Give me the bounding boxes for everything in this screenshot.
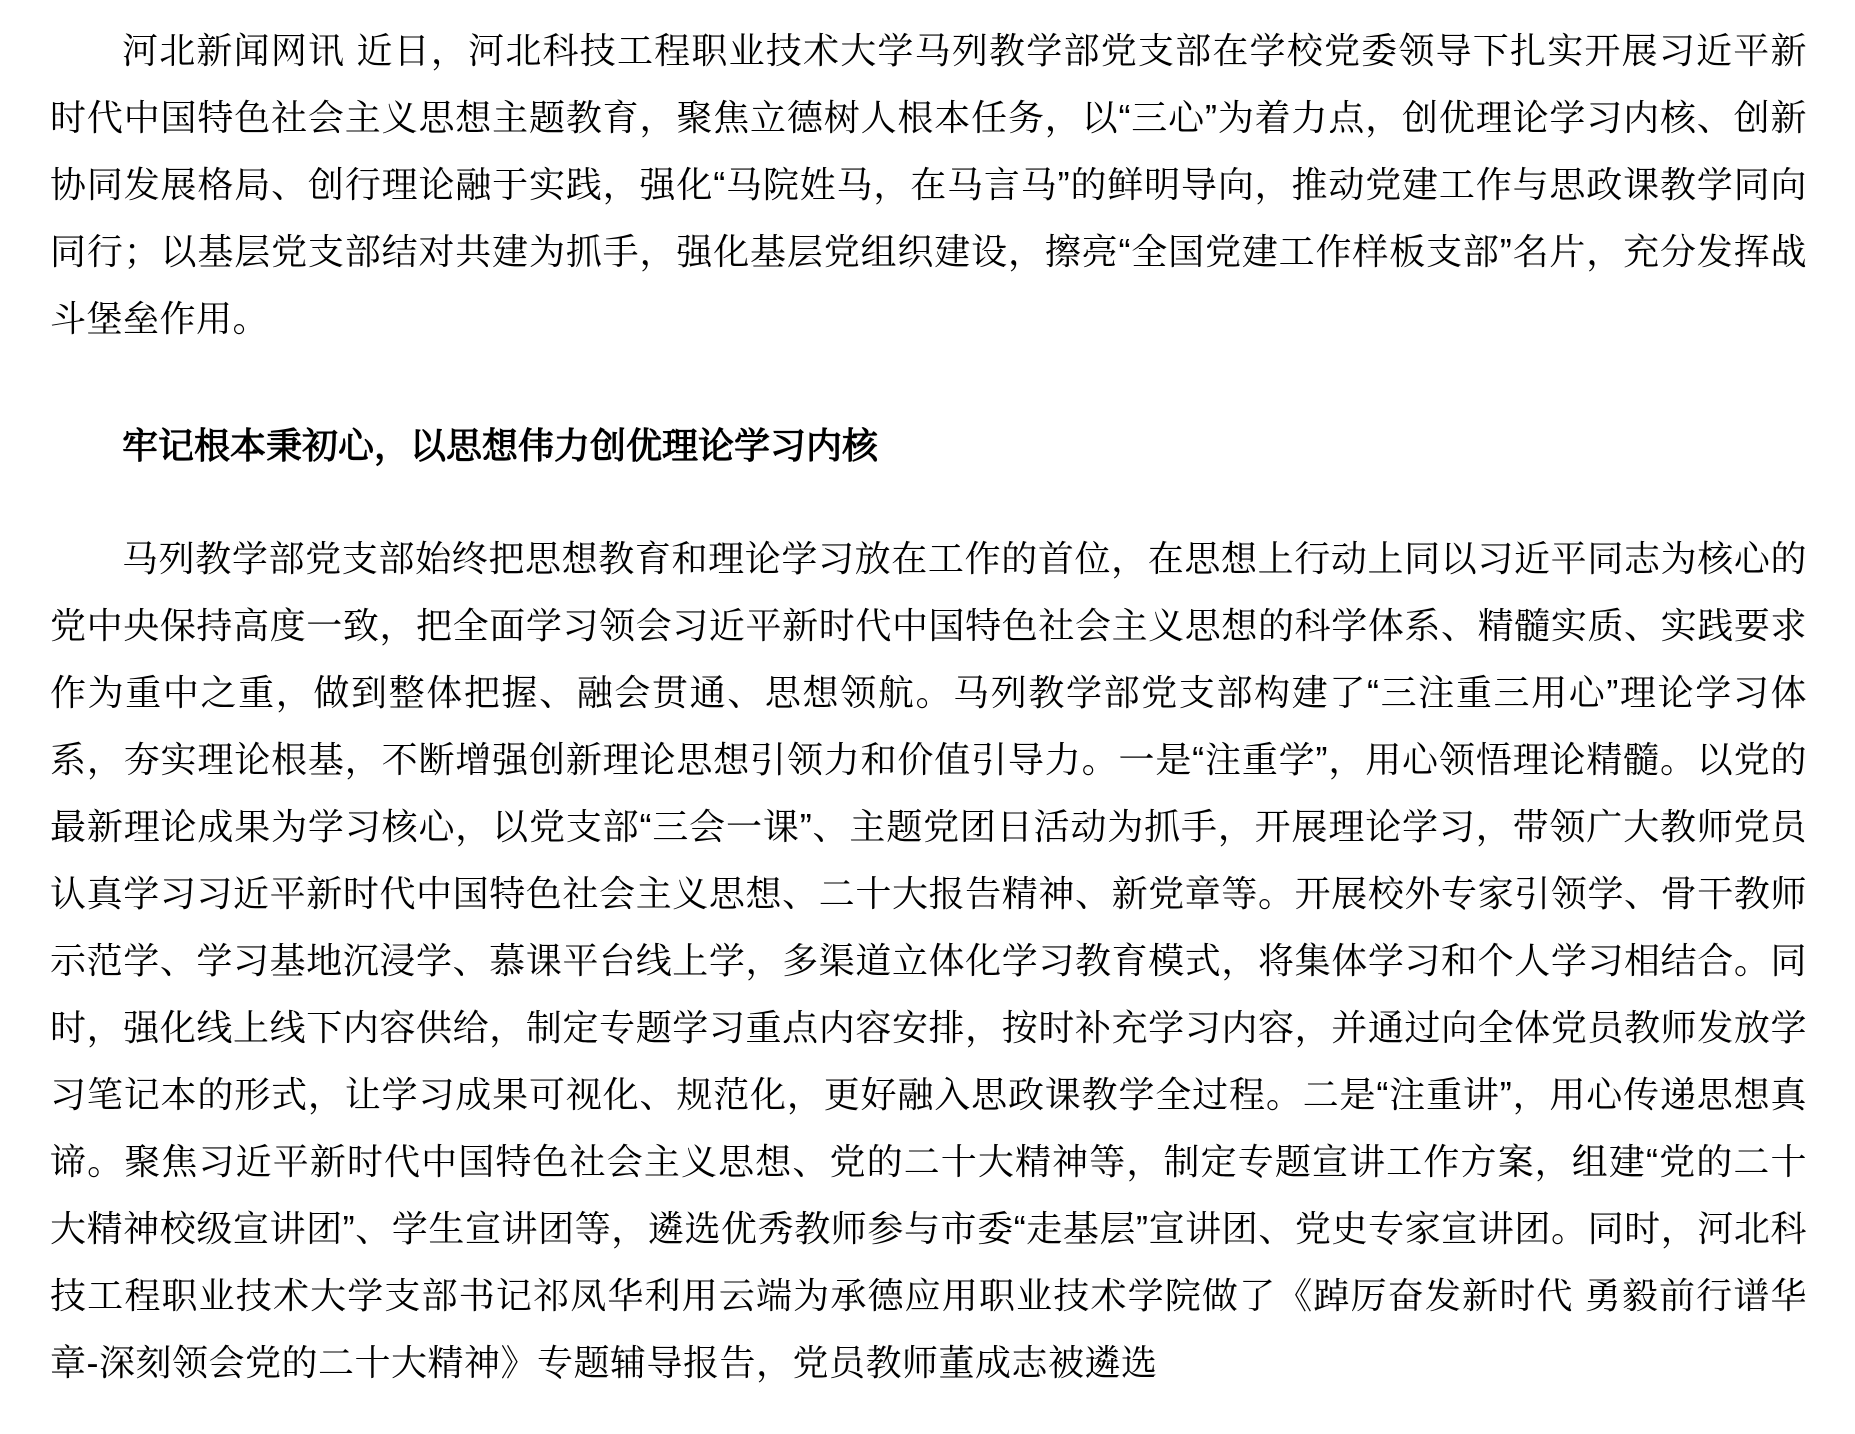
article-section-heading: 牢记根本秉初心，以思想伟力创优理论学习内核 (50, 412, 1807, 479)
article-page: 河北新闻网讯 近日，河北科技工程职业技术大学马列教学部党支部在学校党委领导下扎实… (0, 0, 1855, 1434)
article-paragraph-intro: 河北新闻网讯 近日，河北科技工程职业技术大学马列教学部党支部在学校党委领导下扎实… (50, 17, 1807, 352)
article-paragraph-theory-learning: 马列教学部党支部始终把思想教育和理论学习放在工作的首位，在思想上行动上同以习近平… (50, 525, 1807, 1396)
